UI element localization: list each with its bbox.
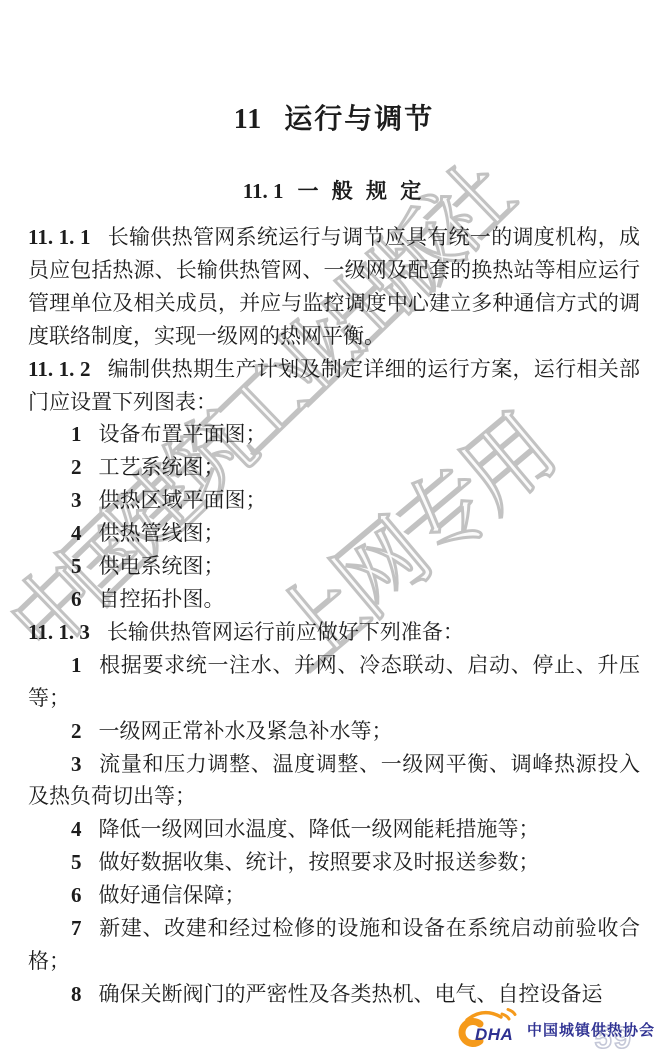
clause-11-1-2: 11. 1. 2编制供热期生产计划及制定详细的运行方案，运行相关部门应设置下列图… — [28, 353, 640, 419]
body-text: 11. 1. 1长输供热管网系统运行与调节应具有统一的调度机构，成员应包括热源、… — [28, 221, 640, 1011]
page-content: 11运行与调节 11. 1一 般 规 定 11. 1. 1长输供热管网系统运行与… — [0, 0, 667, 1011]
item-text: 做好数据收集、统计，按照要求及时报送参数； — [99, 850, 540, 874]
item-number: 1 — [71, 653, 82, 677]
document-page: 中国建筑工业出版社 上网专用 11运行与调节 11. 1一 般 规 定 11. … — [0, 0, 667, 1058]
item-text: 新建、改建和经过检修的设施和设备在系统启动前验收合格； — [28, 916, 640, 973]
list-item: 1设备布置平面图； — [28, 418, 640, 451]
item-text: 降低一级网回水温度、降低一级网能耗措施等； — [99, 817, 540, 841]
chapter-number: 11 — [234, 104, 262, 135]
list-item: 4降低一级网回水温度、降低一级网能耗措施等； — [28, 813, 640, 846]
item-number: 2 — [71, 719, 82, 743]
clause-11-1-3: 11. 1. 3长输供热管网运行前应做好下列准备： — [28, 616, 640, 649]
item-text: 工艺系统图； — [99, 455, 225, 479]
list-item: 4供热管线图； — [28, 517, 640, 550]
clause-text: 编制供热期生产计划及制定详细的运行方案，运行相关部门应设置下列图表： — [28, 357, 640, 414]
item-text: 一级网正常补水及紧急补水等； — [99, 719, 393, 743]
list-item: 1根据要求统一注水、并网、冷态联动、启动、停止、升压等； — [28, 649, 640, 715]
chapter-title-text: 运行与调节 — [284, 104, 434, 135]
item-text: 做好通信保障； — [99, 883, 246, 907]
item-number: 7 — [71, 916, 82, 940]
item-number: 1 — [71, 422, 82, 446]
list-item: 2一级网正常补水及紧急补水等； — [28, 715, 640, 748]
item-number: 4 — [71, 521, 82, 545]
item-number: 6 — [71, 883, 82, 907]
list-item: 3流量和压力调整、温度调整、一级网平衡、调峰热源投入及热负荷切出等； — [28, 748, 640, 814]
section-number: 11. 1 — [243, 179, 284, 203]
association-name: 中国城镇供热协会 — [527, 1019, 655, 1040]
section-title-text: 一 般 规 定 — [298, 179, 426, 203]
item-number: 6 — [71, 587, 82, 611]
list-item: 6做好通信保障； — [28, 879, 640, 912]
clause-text: 长输供热管网运行前应做好下列准备： — [107, 620, 464, 644]
list-item: 5做好数据收集、统计，按照要求及时报送参数； — [28, 846, 640, 879]
clause-11-1-1: 11. 1. 1长输供热管网系统运行与调节应具有统一的调度机构，成员应包括热源、… — [28, 221, 640, 353]
item-text: 流量和压力调整、温度调整、一级网平衡、调峰热源投入及热负荷切出等； — [28, 752, 640, 809]
clause-number: 11. 1. 3 — [28, 620, 90, 644]
list-item: 7新建、改建和经过检修的设施和设备在系统启动前验收合格； — [28, 912, 640, 978]
item-number: 5 — [71, 850, 82, 874]
cdha-logo-icon: DHA — [455, 1008, 521, 1050]
list-item: 2工艺系统图； — [28, 451, 640, 484]
item-text: 自控拓扑图。 — [99, 587, 225, 611]
list-item: 5供电系统图； — [28, 550, 640, 583]
item-number: 2 — [71, 455, 82, 479]
cdha-logo-text: DHA — [475, 1025, 513, 1044]
section-title: 11. 1一 般 规 定 — [28, 176, 640, 206]
page-footer: 59 DHA 中国城镇供热协会 — [0, 1002, 667, 1058]
clause-text: 长输供热管网系统运行与调节应具有统一的调度机构，成员应包括热源、长输供热管网、一… — [28, 225, 640, 348]
clause-number: 11. 1. 2 — [28, 357, 90, 381]
list-item: 3供热区域平面图； — [28, 484, 640, 517]
chapter-title: 11运行与调节 — [28, 0, 640, 139]
item-number: 3 — [71, 752, 82, 776]
list-item: 6自控拓扑图。 — [28, 583, 640, 616]
item-text: 根据要求统一注水、并网、冷态联动、启动、停止、升压等； — [28, 653, 640, 710]
association-logo: DHA 中国城镇供热协会 — [455, 1008, 655, 1050]
item-text: 供热区域平面图； — [99, 488, 267, 512]
item-number: 5 — [71, 554, 82, 578]
item-text: 供电系统图； — [99, 554, 225, 578]
item-number: 3 — [71, 488, 82, 512]
clause-number: 11. 1. 1 — [28, 225, 90, 249]
item-text: 供热管线图； — [99, 521, 225, 545]
item-text: 设备布置平面图； — [99, 422, 267, 446]
item-number: 4 — [71, 817, 82, 841]
